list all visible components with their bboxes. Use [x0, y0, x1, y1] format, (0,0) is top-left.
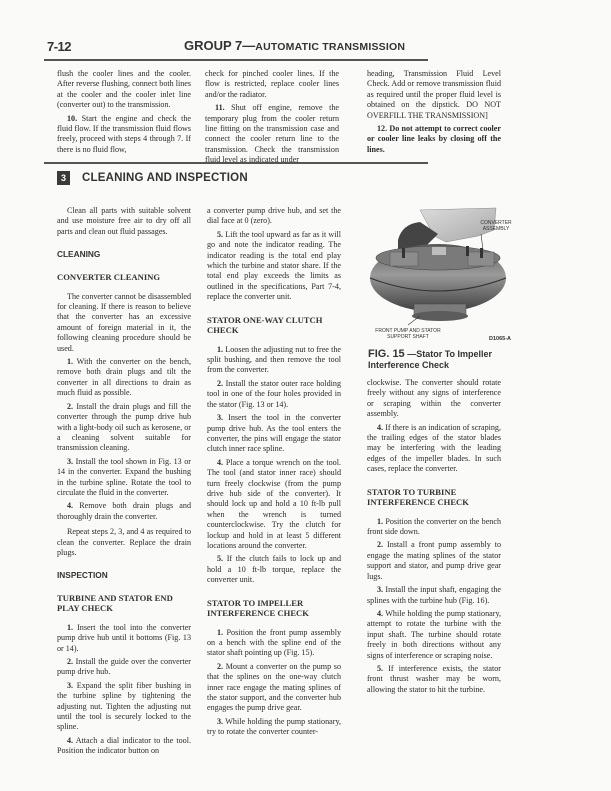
step-number: 1. [377, 517, 383, 526]
section-number-badge: 3 [57, 171, 70, 185]
paragraph: Repeat steps 2, 3, and 4 as required to … [57, 527, 191, 558]
figure-caption: FIG. 15 —Stator To Impeller Interference… [368, 349, 514, 371]
step: 3. Insert the tool in the converter pump… [207, 413, 341, 455]
step-number: 5. [217, 554, 223, 563]
step-text: Install the drain plugs and fill the con… [57, 402, 191, 453]
step-number: 5. [377, 664, 383, 673]
top-column-1: flush the cooler lines and the cooler. A… [57, 69, 191, 158]
step: 4. Place a torque wrench on the tool. Th… [207, 458, 341, 552]
header-title: GROUP 7—AUTOMATIC TRANSMISSION [184, 38, 405, 53]
heading-cleaning: CLEANING [57, 249, 191, 259]
step-number: 12. [377, 124, 387, 133]
step-number: 3. [377, 585, 383, 594]
step-text: While holding the pump stationary, attem… [367, 609, 501, 660]
step: 1. Loosen the adjusting nut to free the … [207, 345, 341, 376]
step-number: 2. [377, 540, 383, 549]
figure-code: D1065-A [480, 336, 520, 342]
section-title: AUTOMATIC TRANSMISSION [255, 41, 405, 53]
intro-paragraph: Clean all parts with suitable solvent an… [57, 206, 191, 237]
top-column-2: check for pinched cooler lines. If the f… [205, 69, 339, 169]
step-text: While holding the pump stationary, try t… [207, 717, 341, 736]
step-number: 4. [377, 423, 383, 432]
step-text: If there is an indication of scraping, t… [367, 423, 501, 474]
step-number: 4. [67, 501, 73, 510]
step-number: 4. [377, 609, 383, 618]
step: 2. Install the drain plugs and fill the … [57, 402, 191, 454]
step-text: Loosen the adjusting nut to free the spl… [207, 345, 341, 375]
step-number: 3. [67, 681, 73, 690]
step: 2. Install the stator outer race holding… [207, 379, 341, 410]
callout-converter-assembly: CONVERTER ASSEMBLY [472, 220, 520, 232]
step-text: If interference exists, the stator front… [367, 664, 501, 694]
step: 1. Insert the tool into the converter pu… [57, 623, 191, 654]
column-3: clockwise. The converter should rotate f… [367, 378, 501, 698]
heading-end-play-check: TURBINE AND STATOR END PLAY CHECK [57, 593, 191, 613]
step: 1. With the converter on the bench, remo… [57, 357, 191, 399]
step-text: Install the guide over the converter pum… [57, 657, 191, 676]
step-text: Attach a dial indicator to the tool. Pos… [57, 736, 191, 755]
paragraph: heading, Transmission Fluid Level Check.… [367, 69, 501, 121]
step-text: Insert the tool into the converter pump … [57, 623, 191, 653]
step: 3. Expand the split fiber bushing in the… [57, 681, 191, 733]
step-text: Expand the split fiber bushing in the tu… [57, 681, 191, 732]
step: 4. If there is an indication of scraping… [367, 423, 501, 475]
step-number: 4. [217, 458, 223, 467]
header-rule [44, 59, 428, 61]
step-number: 2. [217, 379, 223, 388]
page-number: 7-12 [47, 39, 71, 54]
step: 1. Position the front pump assembly on a… [207, 628, 341, 659]
step-number: 1. [67, 357, 73, 366]
step-10: 10. Start the engine and check the fluid… [57, 114, 191, 156]
heading-stator-impeller-check: STATOR TO IMPELLER INTERFERENCE CHECK [207, 598, 341, 618]
paragraph: check for pinched cooler lines. If the f… [205, 69, 339, 100]
paragraph: The converter cannot be disassembled for… [57, 292, 191, 354]
step-text: Shut off engine, remove the temporary pl… [205, 103, 339, 164]
step-number: 2. [217, 662, 223, 671]
step-text: Install the tool shown in Fig. 13 or 14 … [57, 457, 191, 497]
step: 4. While holding the pump stationary, at… [367, 609, 501, 661]
heading-one-way-clutch-check: STATOR ONE-WAY CLUTCH CHECK [207, 315, 341, 335]
heading-converter-cleaning: CONVERTER CLEANING [57, 272, 191, 282]
column-1: Clean all parts with suitable solvent an… [57, 206, 191, 760]
step-11: 11. Shut off engine, remove the temporar… [205, 103, 339, 165]
figure-15-illustration: CONVERTER ASSEMBLY FRONT PUMP AND STATOR… [368, 200, 513, 340]
step-number: 1. [217, 345, 223, 354]
step: 1. Position the converter on the bench f… [367, 517, 501, 538]
step-number: 4. [67, 736, 73, 745]
manual-page: 7-12 GROUP 7—AUTOMATIC TRANSMISSION flus… [0, 0, 611, 791]
step-number: 5. [217, 230, 223, 239]
step-text: If the clutch fails to lock up and hold … [207, 554, 341, 584]
step-text: Position the converter on the bench fron… [367, 517, 501, 536]
step-text: Install a front pump assembly to engage … [367, 540, 501, 580]
step-text: Mount a converter on the pump so that th… [207, 662, 341, 713]
step-number: 11. [215, 103, 225, 112]
step-text: Remove both drain plugs and thoroughly d… [57, 501, 191, 520]
step: 3. Install the tool shown in Fig. 13 or … [57, 457, 191, 499]
step-12: 12. Do not attempt to correct cooler or … [367, 124, 501, 155]
step-number: 2. [67, 402, 73, 411]
step: 3. Install the input shaft, engaging the… [367, 585, 501, 606]
step-text: Start the engine and check the fluid flo… [57, 114, 191, 154]
step-number: 10. [67, 114, 77, 123]
paragraph: a converter pump drive hub, and set the … [207, 206, 341, 227]
step-text: Do not attempt to correct cooler or cool… [367, 124, 501, 154]
step-text: Place a torque wrench on the tool. The t… [207, 458, 341, 550]
paragraph: flush the cooler lines and the cooler. A… [57, 69, 191, 111]
step: 3. While holding the pump stationary, tr… [207, 717, 341, 738]
heading-inspection: INSPECTION [57, 570, 191, 580]
step: 4. Attach a dial indicator to the tool. … [57, 736, 191, 757]
step-number: 1. [67, 623, 73, 632]
step-number: 1. [217, 628, 223, 637]
step: 5. Lift the tool upward as far as it wil… [207, 230, 341, 303]
step-text: Position the front pump assembly on a be… [207, 628, 341, 658]
top-column-3: heading, Transmission Fluid Level Check.… [367, 69, 501, 158]
group-label: GROUP 7 [184, 38, 242, 53]
step: 5. If interference exists, the stator fr… [367, 664, 501, 695]
step: 4. Remove both drain plugs and thoroughl… [57, 501, 191, 522]
step-text: Insert the tool in the converter pump dr… [207, 413, 341, 453]
step-text: Install the input shaft, engaging the sp… [367, 585, 501, 604]
step: 2. Install a front pump assembly to enga… [367, 540, 501, 582]
step-number: 3. [217, 717, 223, 726]
paragraph: clockwise. The converter should rotate f… [367, 378, 501, 420]
step-text: With the converter on the bench, remove … [57, 357, 191, 397]
section-rule [44, 162, 428, 164]
header-dash: — [242, 38, 255, 53]
step: 2. Mount a converter on the pump so that… [207, 662, 341, 714]
step: 2. Install the guide over the converter … [57, 657, 191, 678]
step-text: Install the stator outer race holding to… [207, 379, 341, 409]
section-heading-text: CLEANING AND INSPECTION [82, 171, 248, 185]
step-number: 3. [67, 457, 73, 466]
page-header: 7-12 GROUP 7—AUTOMATIC TRANSMISSION [44, 36, 428, 56]
callout-front-pump: FRONT PUMP AND STATOR SUPPORT SHAFT [368, 328, 448, 340]
step: 5. If the clutch fails to lock up and ho… [207, 554, 341, 585]
step-text: Lift the tool upward as far as it will g… [207, 230, 341, 301]
column-2: a converter pump drive hub, and set the … [207, 206, 341, 741]
heading-stator-turbine-check: STATOR TO TURBINE INTERFERENCE CHECK [367, 487, 501, 507]
step-number: 3. [217, 413, 223, 422]
step-number: 2. [67, 657, 73, 666]
figure-number: FIG. 15 [368, 348, 405, 360]
